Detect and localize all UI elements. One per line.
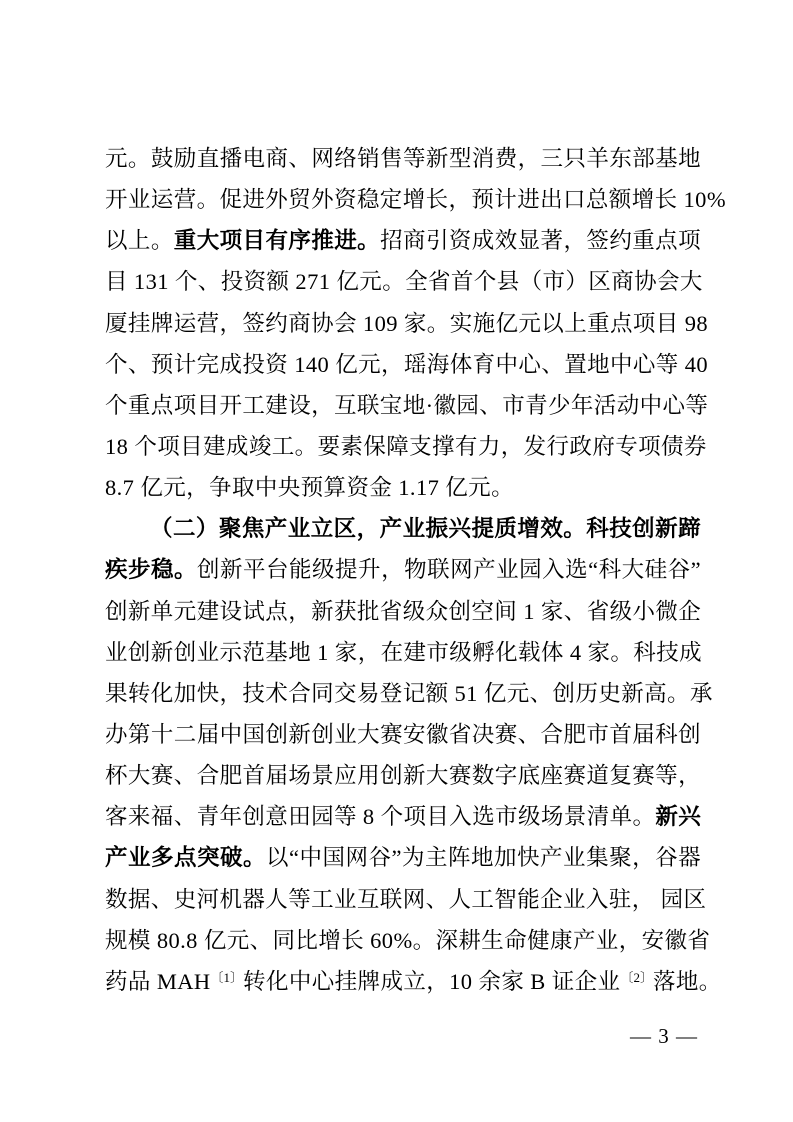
text-line: 18 个项目建成竣工。要素保障支撑有力，发行政府专项债券 <box>105 426 701 467</box>
text-line: 个重点项目开工建设，互联宝地·徽园、市青少年活动中心等 <box>105 385 701 426</box>
text-line: 元。鼓励直播电商、网络销售等新型消费，三只羊东部基地 <box>105 138 701 179</box>
text-line: 8.7 亿元，争取中央预算资金 1.17 亿元。 <box>105 467 701 508</box>
text-segment: 数据、史河机器人等工业互联网、人工智能企业入驻， 园区 <box>105 887 706 912</box>
text-segment: 业创新创业示范基地 1 家，在建市级孵化载体 4 家。科技成 <box>105 640 702 665</box>
text-line: 规模 80.8 亿元、同比增长 60%。深耕生命健康产业，安徽省 <box>105 920 701 961</box>
text-segment: 个重点项目开工建设，互联宝地·徽园、市青少年活动中心等 <box>105 393 708 418</box>
text-segment: 杯大赛、合肥首届场景应用创新大赛数字底座赛道复赛等， <box>105 763 701 788</box>
text-segment: 开业运营。促进外贸外资稳定增长，预计进出口总额增长 10% <box>105 187 726 212</box>
body-text: 元。鼓励直播电商、网络销售等新型消费，三只羊东部基地开业运营。促进外贸外资稳定增… <box>105 138 701 1002</box>
text-line: 开业运营。促进外贸外资稳定增长，预计进出口总额增长 10% <box>105 179 701 220</box>
text-segment: 18 个项目建成竣工。要素保障支撑有力，发行政府专项债券 <box>105 434 707 459</box>
text-line: 目 131 个、投资额 271 亿元。全省首个县（市）区商协会大 <box>105 261 701 302</box>
text-segment: 疾步稳。 <box>105 557 197 582</box>
text-segment: 药品 MAH <box>105 969 211 994</box>
text-segment: 产业多点突破。 <box>105 845 266 870</box>
text-line: （二）聚焦产业立区，产业振兴提质增效。科技创新蹄 <box>105 508 701 549</box>
text-segment: 厦挂牌运营，签约商协会 109 家。实施亿元以上重点项目 98 <box>105 311 708 336</box>
text-line: 个、预计完成投资 140 亿元，瑶海体育中心、置地中心等 40 <box>105 344 701 385</box>
text-segment: 8.7 亿元，争取中央预算资金 1.17 亿元。 <box>105 475 514 500</box>
text-line: 厦挂牌运营，签约商协会 109 家。实施亿元以上重点项目 98 <box>105 303 701 344</box>
text-segment: 以“中国网谷”为主阵地加快产业集聚，谷器 <box>266 845 701 870</box>
text-segment: 规模 80.8 亿元、同比增长 60%。深耕生命健康产业，安徽省 <box>105 928 710 953</box>
text-line: 疾步稳。创新平台能级提升，物联网产业园入选“科大硅谷” <box>105 549 701 590</box>
footnote-ref: 〔1〕 <box>211 970 244 985</box>
text-segment: 元。鼓励直播电商、网络销售等新型消费，三只羊东部基地 <box>105 146 701 171</box>
text-segment: 办第十二届中国创新创业大赛安徽省决赛、合肥市首届科创 <box>105 722 701 747</box>
text-segment: 客来福、青年创意田园等 8 个项目入选市级场景清单。 <box>105 804 655 829</box>
text-line: 业创新创业示范基地 1 家，在建市级孵化载体 4 家。科技成 <box>105 632 701 673</box>
text-line: 以上。重大项目有序推进。招商引资成效显著，签约重点项 <box>105 220 701 261</box>
text-segment: 创新单元建设试点，新获批省级众创空间 1 家、省级小微企 <box>105 599 701 624</box>
text-line: 办第十二届中国创新创业大赛安徽省决赛、合肥市首届科创 <box>105 714 701 755</box>
text-segment: 创新平台能级提升，物联网产业园入选“科大硅谷” <box>197 557 701 582</box>
text-segment: 目 131 个、投资额 271 亿元。全省首个县（市）区商协会大 <box>105 269 703 294</box>
text-segment: （二）聚焦产业立区，产业振兴提质增效。科技创新蹄 <box>150 516 701 541</box>
footnote-ref: 〔2〕 <box>620 970 653 985</box>
text-segment: 重大项目有序推进。 <box>174 228 380 253</box>
document-page: 元。鼓励直播电商、网络销售等新型消费，三只羊东部基地开业运营。促进外贸外资稳定增… <box>0 0 793 1122</box>
text-segment: 转化中心挂牌成立，10 余家 B 证企业 <box>243 969 620 994</box>
text-segment: 落地。 <box>653 969 722 994</box>
text-segment: 个、预计完成投资 140 亿元，瑶海体育中心、置地中心等 40 <box>105 352 708 377</box>
text-line: 药品 MAH〔1〕转化中心挂牌成立，10 余家 B 证企业〔2〕落地。 <box>105 961 701 1002</box>
text-line: 果转化加快，技术合同交易登记额 51 亿元、创历史新高。承 <box>105 673 701 714</box>
text-segment: 果转化加快，技术合同交易登记额 51 亿元、创历史新高。承 <box>105 681 713 706</box>
page-number: — 3 — <box>630 1024 698 1049</box>
text-segment: 以上。 <box>105 228 174 253</box>
text-line: 数据、史河机器人等工业互联网、人工智能企业入驻， 园区 <box>105 879 701 920</box>
text-line: 创新单元建设试点，新获批省级众创空间 1 家、省级小微企 <box>105 591 701 632</box>
text-segment: 新兴 <box>655 804 701 829</box>
text-line: 产业多点突破。以“中国网谷”为主阵地加快产业集聚，谷器 <box>105 837 701 878</box>
text-segment: 招商引资成效显著，签约重点项 <box>380 228 701 253</box>
text-line: 杯大赛、合肥首届场景应用创新大赛数字底座赛道复赛等， <box>105 755 701 796</box>
text-line: 客来福、青年创意田园等 8 个项目入选市级场景清单。新兴 <box>105 796 701 837</box>
